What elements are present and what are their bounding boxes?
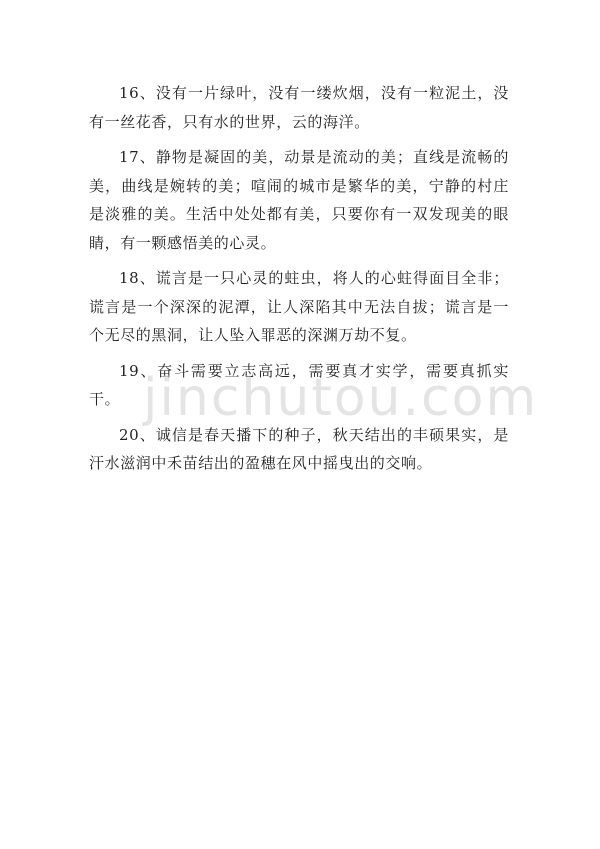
paragraph-16: 16、没有一片绿叶，没有一缕炊烟，没有一粒泥土，没有一丝花香，只有水的世界，云的…	[89, 79, 509, 136]
document-body: 16、没有一片绿叶，没有一缕炊烟，没有一粒泥土，没有一丝花香，只有水的世界，云的…	[89, 79, 509, 485]
paragraph-19: 19、奋斗需要立志高远，需要真才实学，需要真抓实干。	[89, 357, 509, 414]
paragraph-18: 18、谎言是一只心灵的蛀虫，将人的心蛀得面目全非；谎言是一个深深的泥潭，让人深陷…	[89, 264, 509, 350]
document-page: 16、没有一片绿叶，没有一缕炊烟，没有一粒泥土，没有一丝花香，只有水的世界，云的…	[0, 0, 600, 849]
paragraph-17: 17、静物是凝固的美，动景是流动的美；直线是流畅的美，曲线是婉转的美；喧闹的城市…	[89, 143, 509, 257]
paragraph-20: 20、诚信是春天播下的种子，秋天结出的丰硕果实，是汗水滋润中禾苗结出的盈穗在风中…	[89, 421, 509, 478]
